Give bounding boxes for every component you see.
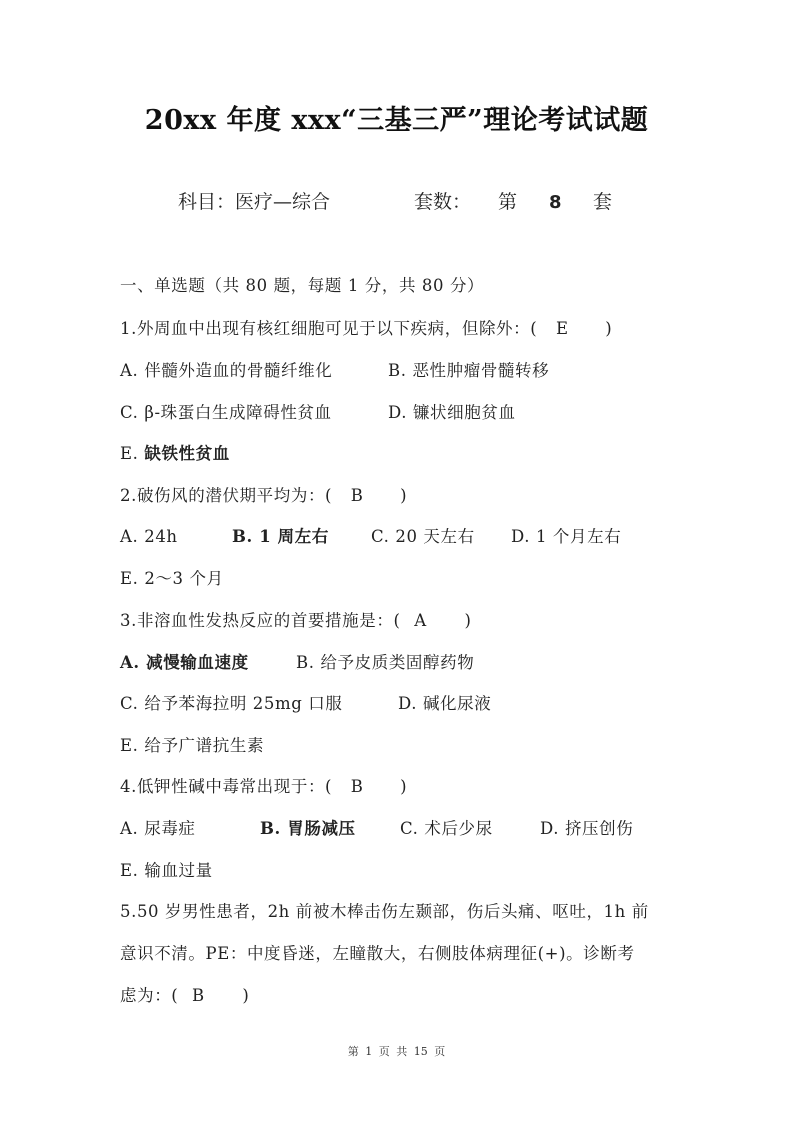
option-e: E. 2～3 个月 (120, 565, 224, 589)
option-d: D. 镰状细胞贫血 (388, 399, 516, 423)
option-label: B. (232, 527, 253, 546)
set-label: 套数： (414, 187, 498, 214)
question-stem-text: 1.外周血中出现有核红细胞可见于以下疾病，但除外：( (120, 319, 537, 338)
option-text: 2～3 个月 (144, 569, 223, 588)
option-text: 术后少尿 (424, 819, 492, 838)
option-text: 给予皮质类固醇药物 (320, 653, 474, 672)
option-text: 给予广谱抗生素 (144, 736, 264, 755)
option-d: D. 1 个月左右 (511, 523, 621, 547)
option-c: C. 给予苯海拉明 25mg 口服 (120, 690, 388, 714)
option-a: A. 伴髓外造血的骨髓纤维化 (120, 357, 388, 381)
question-5-stem-line-3: 虑为：(B) (120, 982, 249, 1006)
option-label: D. (388, 403, 407, 422)
answer-close-paren: ) (605, 319, 612, 338)
option-d: D. 挤压创伤 (540, 815, 633, 839)
option-label: D. (398, 694, 417, 713)
option-text: 恶性肿瘤骨髓转移 (412, 361, 549, 380)
option-label: E. (120, 569, 139, 588)
option-text: β-珠蛋白生成障碍性贫血 (144, 403, 331, 422)
option-text: 20 天左右 (395, 527, 474, 546)
answer-value: B (332, 486, 382, 505)
option-text: 给予苯海拉明 25mg 口服 (144, 694, 342, 713)
option-label: A. (120, 653, 140, 672)
option-b: B. 胃肠减压 (260, 815, 400, 839)
question-2-options-row-2: E. 2～3 个月 (120, 565, 224, 589)
option-d: D. 碱化尿液 (398, 690, 491, 714)
option-text: 碱化尿液 (423, 694, 491, 713)
section-heading: 一、单选题（共 80 题，每题 1 分，共 80 分） (120, 272, 484, 296)
option-text: 镰状细胞贫血 (413, 403, 516, 422)
answer-close-paren: ) (400, 486, 407, 505)
subject-set-line: 科目：医疗—综合套数：第8套 (178, 187, 612, 214)
question-stem-text: 3.非溶血性发热反应的首要措施是：( (120, 611, 400, 630)
option-label: C. (400, 819, 418, 838)
question-3-options-row-2: C. 给予苯海拉明 25mg 口服D. 碱化尿液 (120, 690, 491, 714)
option-text: 24h (144, 527, 177, 546)
question-1-options-row-1: A. 伴髓外造血的骨髓纤维化B. 恶性肿瘤骨髓转移 (120, 357, 549, 381)
answer-value: E (537, 319, 587, 338)
option-label: D. (511, 527, 530, 546)
answer-value: B (178, 986, 218, 1005)
answer-close-paren: ) (464, 611, 471, 630)
question-4-options-row-2: E. 输血过量 (120, 857, 213, 881)
question-5-stem-line-2: 意识不清。PE：中度昏迷，左瞳散大，右侧肢体病理征(+)。诊断考 (120, 940, 635, 964)
question-4-stem: 4.低钾性碱中毒常出现于：(B) (120, 773, 407, 797)
option-a: A. 尿毒症 (120, 815, 260, 839)
option-label: E. (120, 736, 139, 755)
answer-value: B (332, 777, 382, 796)
exam-page: 20xx 年度 xxx“三基三严”理论考试试题 科目：医疗—综合套数：第8套 一… (0, 0, 793, 1122)
question-3-stem: 3.非溶血性发热反应的首要措施是：(A) (120, 607, 472, 631)
option-c: C. 术后少尿 (400, 815, 540, 839)
option-text: 伴髓外造血的骨髓纤维化 (144, 361, 332, 380)
option-a: A. 24h (120, 527, 232, 546)
answer-close-paren: ) (400, 777, 407, 796)
option-text-correct: 胃肠减压 (287, 819, 355, 838)
option-e: E. 输血过量 (120, 857, 213, 881)
option-label: D. (540, 819, 559, 838)
answer-close-paren: ) (242, 986, 249, 1005)
question-3-options-row-1: A. 减慢输血速度B. 给予皮质类固醇药物 (120, 649, 474, 673)
option-label: A. (120, 361, 138, 380)
option-b: B. 1 周左右 (232, 523, 371, 547)
page-footer: 第 1 页 共 15 页 (0, 1043, 793, 1059)
question-1-stem: 1.外周血中出现有核红细胞可见于以下疾病，但除外：(E) (120, 315, 612, 339)
option-text-correct: 减慢输血速度 (146, 653, 249, 672)
option-e: E. 缺铁性贫血 (120, 440, 230, 464)
question-5-stem-line-1: 5.50 岁男性患者，2h 前被木棒击伤左颞部，伤后头痛、呕吐，1h 前 (120, 898, 649, 922)
set-number: 8 (549, 192, 593, 213)
option-label: C. (120, 403, 138, 422)
option-a: A. 减慢输血速度 (120, 649, 296, 673)
question-stem-text: 4.低钾性碱中毒常出现于：( (120, 777, 332, 796)
set-suffix: 套 (593, 187, 612, 214)
option-label: C. (120, 694, 138, 713)
question-stem-text: 虑为：( (120, 986, 178, 1005)
subject-label: 科目：医疗—综合 (178, 187, 414, 214)
option-c: C. β-珠蛋白生成障碍性贫血 (120, 399, 388, 423)
option-b: B. 给予皮质类固醇药物 (296, 649, 474, 673)
option-text: 输血过量 (144, 861, 212, 880)
option-label: B. (260, 819, 281, 838)
option-label: A. (120, 527, 138, 546)
option-label: E. (120, 444, 139, 463)
option-text-correct: 缺铁性贫血 (144, 444, 230, 463)
question-2-options-row-1: A. 24hB. 1 周左右C. 20 天左右D. 1 个月左右 (120, 523, 621, 547)
question-2-stem: 2.破伤风的潜伏期平均为：(B) (120, 482, 407, 506)
exam-title: 20xx 年度 xxx“三基三严”理论考试试题 (0, 98, 793, 137)
set-prefix: 第 (498, 187, 549, 214)
option-b: B. 恶性肿瘤骨髓转移 (388, 357, 549, 381)
option-e: E. 给予广谱抗生素 (120, 732, 264, 756)
option-label: B. (388, 361, 407, 380)
option-text: 挤压创伤 (565, 819, 633, 838)
question-stem-text: 2.破伤风的潜伏期平均为：( (120, 486, 332, 505)
option-c: C. 20 天左右 (371, 523, 511, 547)
option-label: C. (371, 527, 389, 546)
option-text: 1 个月左右 (536, 527, 621, 546)
answer-value: A (400, 611, 440, 630)
question-3-options-row-3: E. 给予广谱抗生素 (120, 732, 264, 756)
option-text-correct: 1 周左右 (259, 527, 329, 546)
question-1-options-row-3: E. 缺铁性贫血 (120, 440, 230, 464)
question-1-options-row-2: C. β-珠蛋白生成障碍性贫血D. 镰状细胞贫血 (120, 399, 516, 423)
option-text: 尿毒症 (144, 819, 195, 838)
option-label: E. (120, 861, 139, 880)
question-4-options-row-1: A. 尿毒症B. 胃肠减压C. 术后少尿D. 挤压创伤 (120, 815, 633, 839)
option-label: A. (120, 819, 138, 838)
option-label: B. (296, 653, 315, 672)
